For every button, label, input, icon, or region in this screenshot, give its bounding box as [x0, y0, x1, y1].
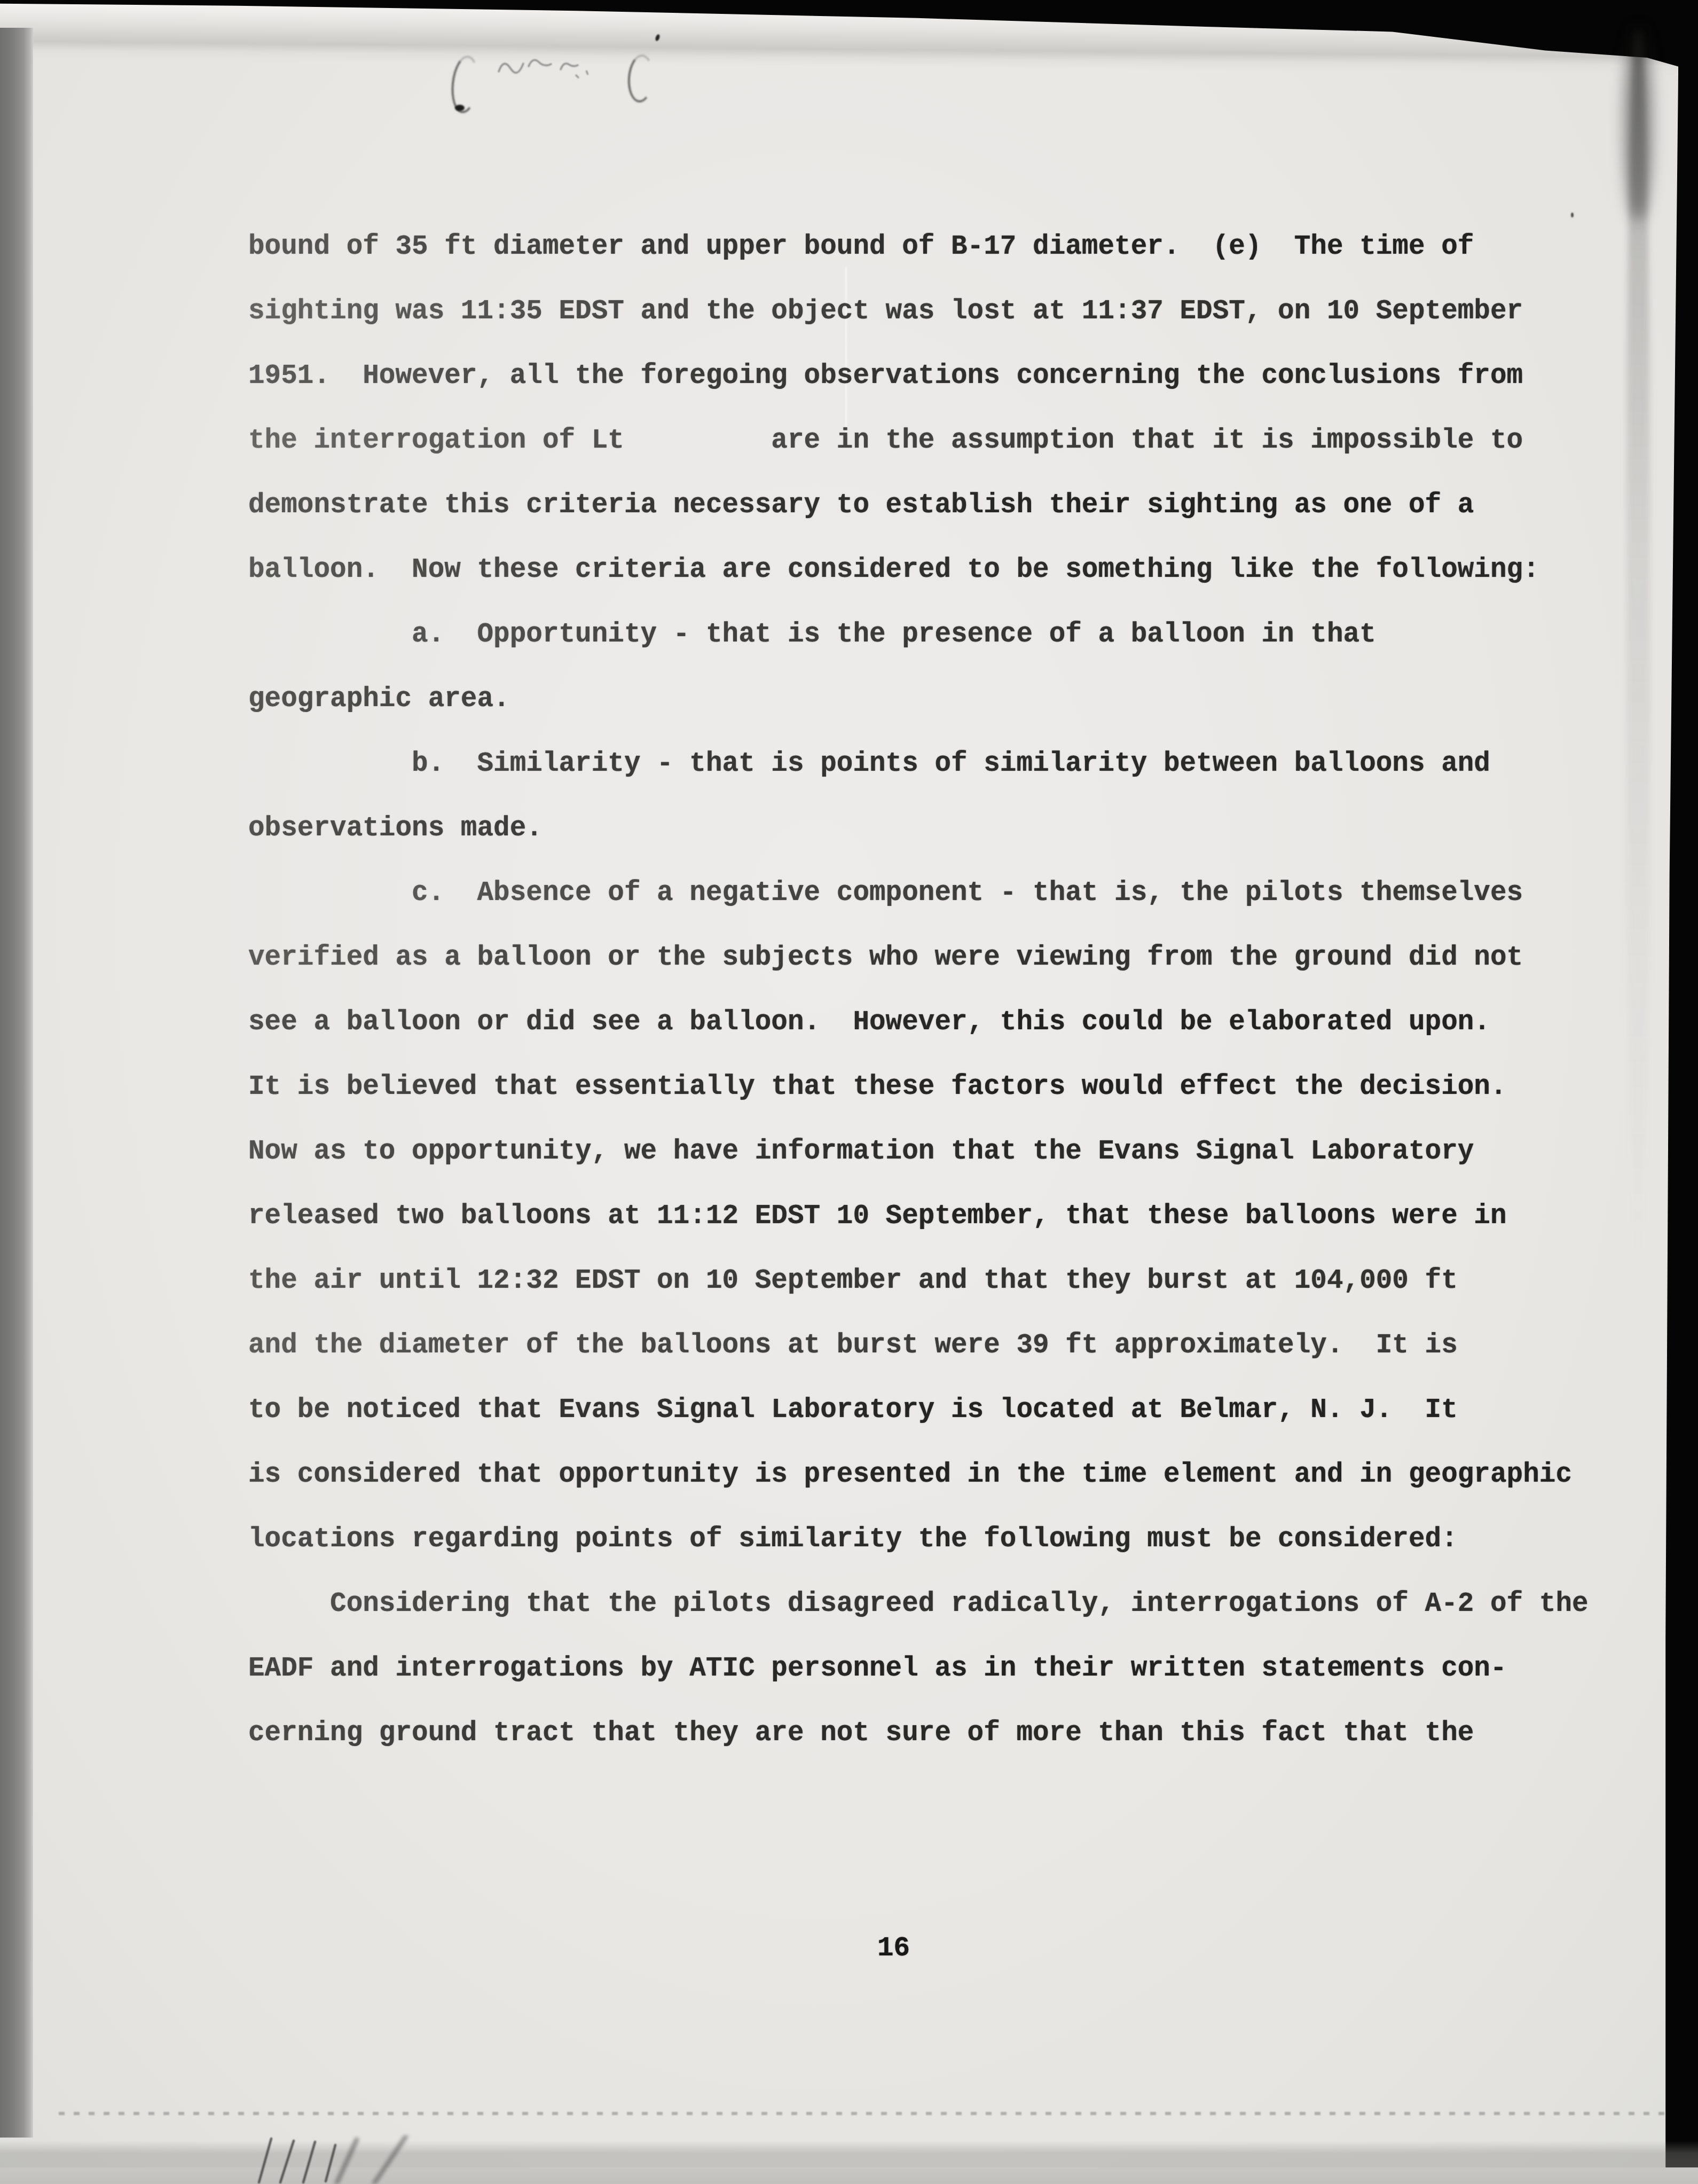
text-line: It is believed that essentially that the…: [248, 1055, 1618, 1120]
page-number: 16: [877, 1916, 910, 1981]
text-line: to be noticed that Evans Signal Laborato…: [248, 1378, 1618, 1443]
text-line: demonstrate this criteria necessary to e…: [248, 473, 1618, 538]
pencil-scribble-mark: [496, 49, 597, 82]
paper-left-edge-shadow: [0, 28, 33, 2138]
right-edge-smudge: [1626, 32, 1650, 1261]
text-line: balloon. Now these criteria are consider…: [248, 538, 1618, 602]
text-line: b. Similarity - that is points of simila…: [248, 732, 1618, 796]
text-line: released two balloons at 11:12 EDST 10 S…: [248, 1184, 1618, 1249]
scan-streaks-bottom: [320, 2135, 438, 2184]
text-line: is considered that opportunity is presen…: [248, 1443, 1618, 1507]
text-line: sighting was 11:35 EDST and the object w…: [248, 279, 1618, 344]
document-lines: bound of 35 ft diameter and upper bound …: [248, 215, 1618, 1766]
text-line: verified as a balloon or the subjects wh…: [248, 926, 1618, 990]
text-line: cerning ground tract that they are not s…: [248, 1701, 1618, 1766]
text-line: a. Opportunity - that is the presence of…: [248, 602, 1618, 667]
text-line: bound of 35 ft diameter and upper bound …: [248, 215, 1618, 279]
text-line: EADF and interrogations by ATIC personne…: [248, 1637, 1618, 1701]
text-line: and the diameter of the balloons at burs…: [248, 1313, 1618, 1378]
perforation-dotted-line: [59, 2112, 1666, 2115]
punch-hole-ink-blob: [455, 105, 465, 111]
text-line: observations made.: [248, 796, 1618, 861]
text-line: geographic area.: [248, 667, 1618, 732]
scanned-document: bound of 35 ft diameter and upper bound …: [0, 0, 1698, 2184]
text-line: c. Absence of a negative component - tha…: [248, 861, 1618, 926]
text-line: 1951. However, all the foregoing observa…: [248, 344, 1618, 409]
text-line: Considering that the pilots disagreed ra…: [248, 1572, 1618, 1637]
text-line: the interrogation of Lt are in the assum…: [248, 409, 1618, 473]
text-line: Now as to opportunity, we have informati…: [248, 1120, 1618, 1184]
text-line: locations regarding points of similarity…: [248, 1507, 1618, 1572]
text-line: the air until 12:32 EDST on 10 September…: [248, 1249, 1618, 1313]
text-line: see a balloon or did see a balloon. Howe…: [248, 990, 1618, 1055]
